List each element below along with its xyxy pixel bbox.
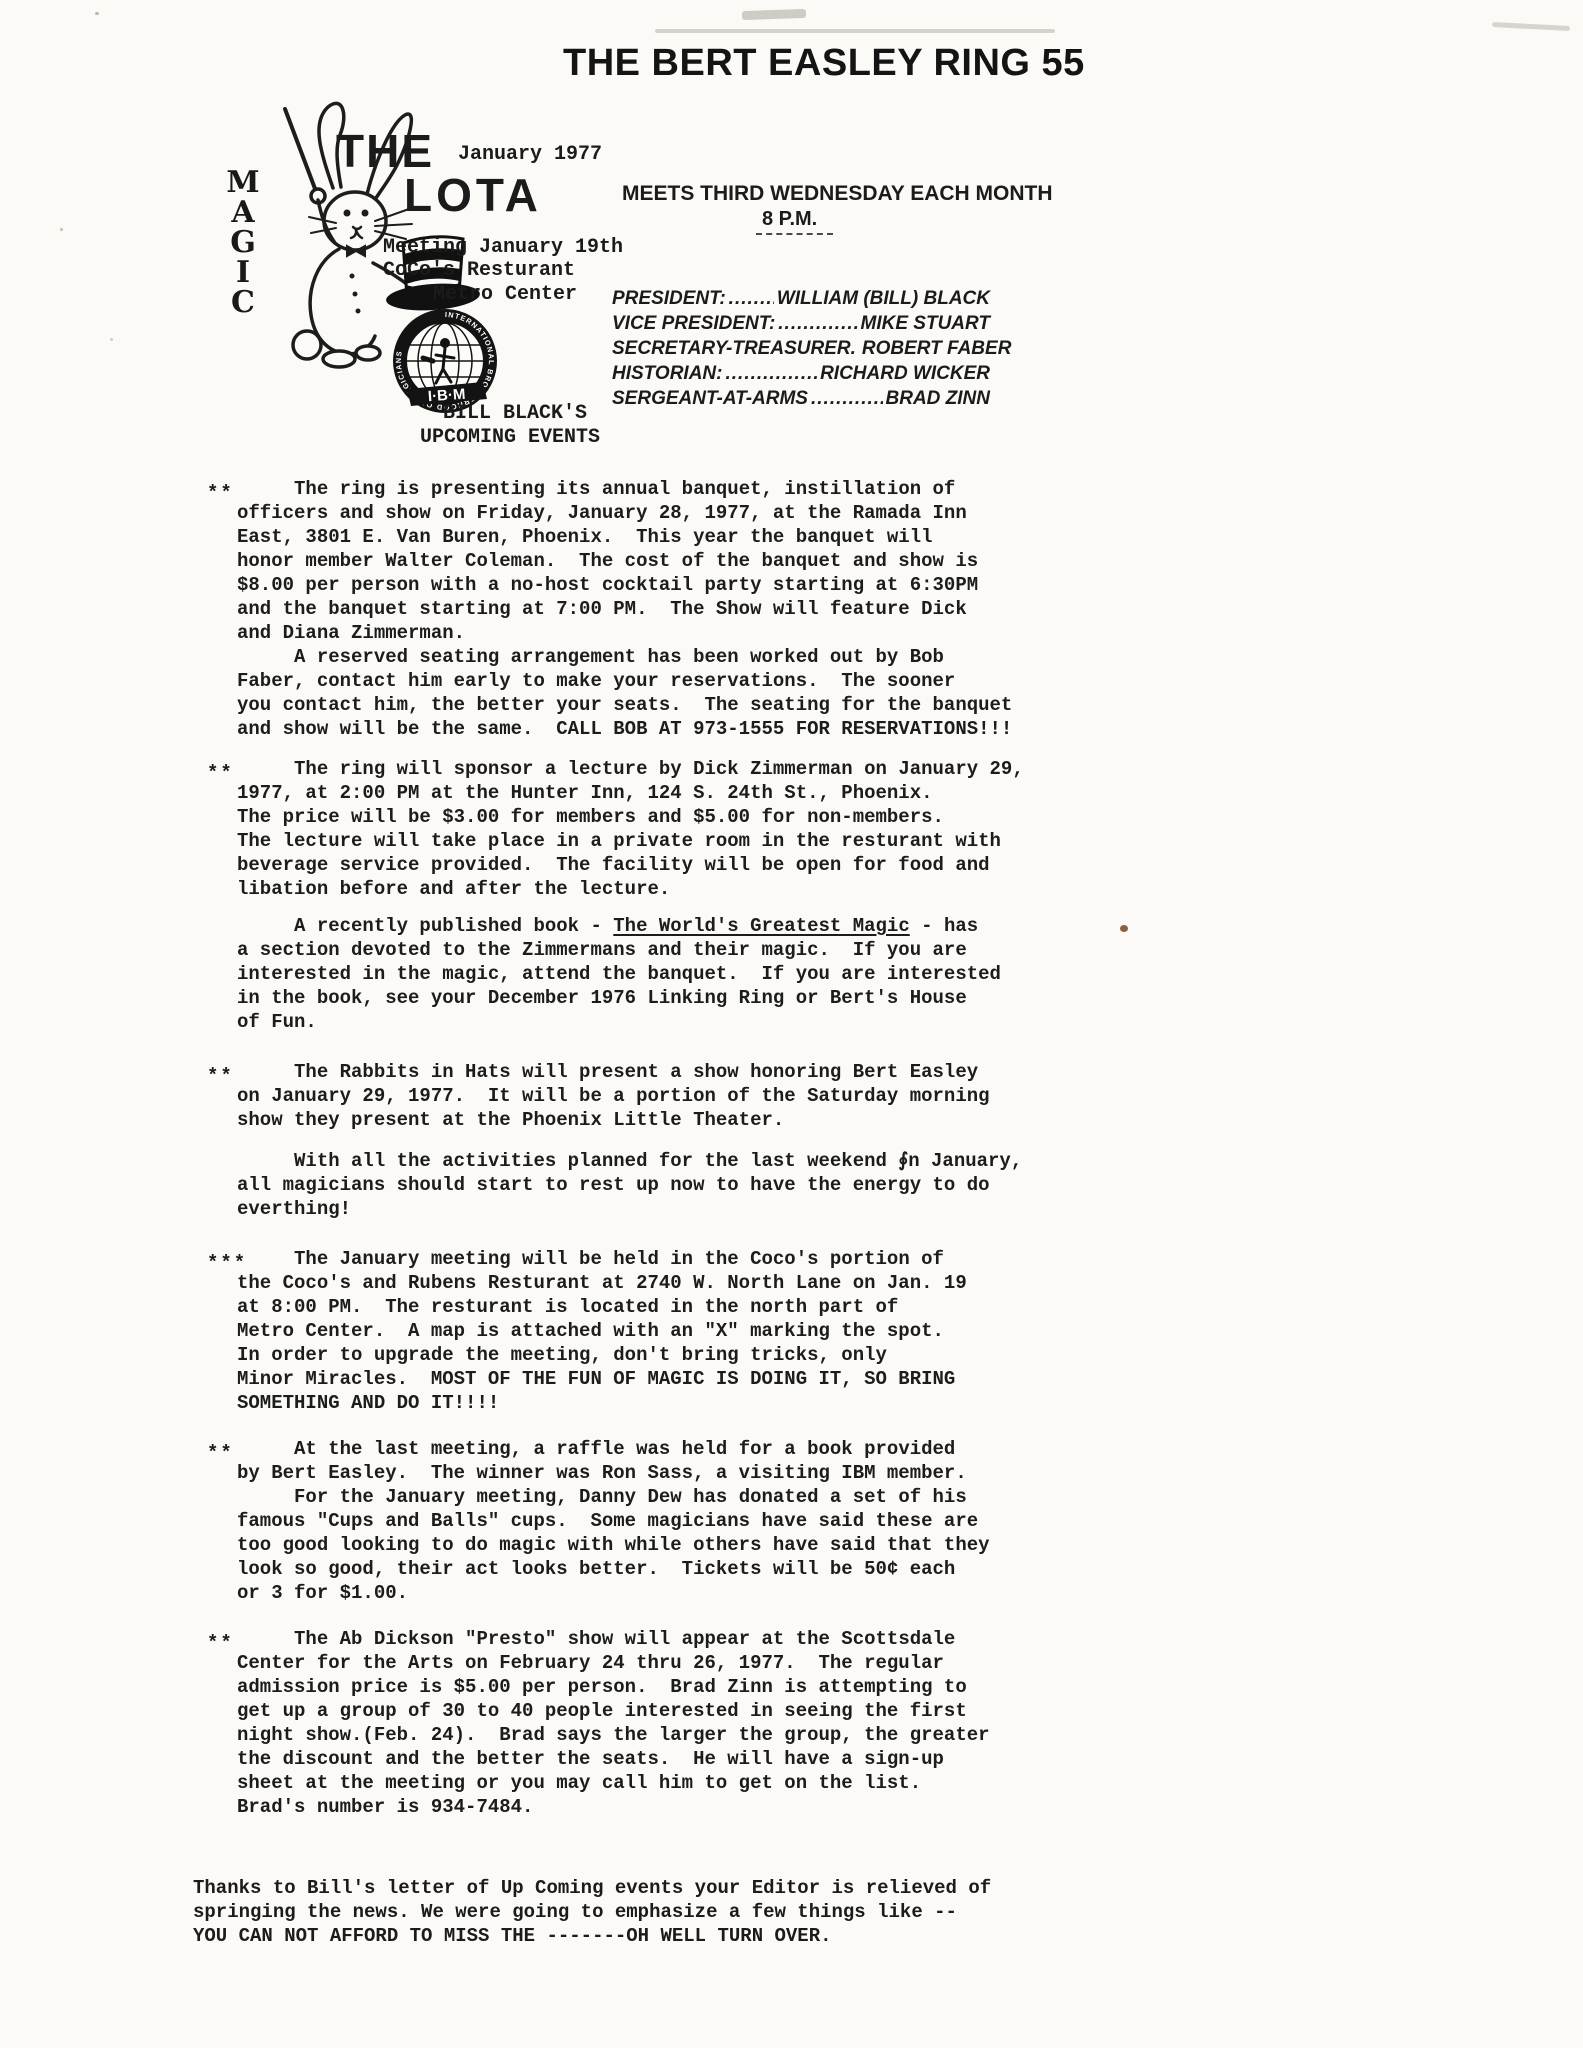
meeting-schedule: MEETS THIRD WEDNESDAY EACH MONTH — [622, 182, 1053, 206]
ibm-globe-emblem: INTERNATIONAL BROTHERHOOD OF MAGICIANS I… — [393, 309, 497, 413]
officer-title: VICE PRESIDENT: — [612, 311, 775, 336]
item-marker: ** — [207, 1064, 234, 1088]
scan-speck — [1120, 925, 1128, 932]
item-marker: ** — [207, 1631, 234, 1655]
news-item-rest-up: With all the activities planned for the … — [237, 1149, 1067, 1221]
item-text: The ring will sponsor a lecture by Dick … — [237, 757, 1067, 901]
officer-title: PRESIDENT: — [612, 286, 726, 311]
item-text: The January meeting will be held in the … — [237, 1247, 1067, 1415]
dot-leader — [729, 286, 774, 311]
officer-name: BRAD ZINN — [886, 386, 991, 411]
meeting-time: 8 P.M. — [756, 208, 833, 235]
dot-leader — [811, 386, 883, 411]
officer-row: VICE PRESIDENT: MIKE STUART — [612, 311, 990, 336]
officer-title: SECRETARY-TREASURER. — [612, 336, 856, 361]
scan-smudge — [742, 9, 806, 20]
item-marker: *** — [207, 1251, 247, 1275]
item-text: The Ab Dickson "Presto" show will appear… — [237, 1627, 1067, 1819]
news-item-rabbits-in-hats: ** The Rabbits in Hats will present a sh… — [237, 1060, 1067, 1132]
item-text: A recently published book - The World's … — [237, 914, 1067, 1034]
news-item-january-meeting: *** The January meeting will be held in … — [237, 1247, 1067, 1415]
news-item-lecture: ** The ring will sponsor a lecture by Di… — [237, 757, 1067, 901]
officer-name: RICHARD WICKER — [820, 361, 990, 386]
newsletter-page: THE BERT EASLEY RING 55 MAGIC — [0, 0, 1583, 2048]
masthead-lota: LOTA — [404, 172, 542, 218]
masthead-the: THE — [336, 128, 434, 174]
scan-smudge — [1492, 22, 1570, 31]
news-item-ab-dickson: ** The Ab Dickson "Presto" show will app… — [237, 1627, 1067, 1819]
news-item-banquet: ** The ring is presenting its annual ban… — [237, 477, 1067, 741]
scan-speck — [60, 228, 63, 231]
scan-speck — [95, 12, 99, 15]
officer-name: WILLIAM (BILL) BLACK — [777, 286, 990, 311]
meeting-venue-line2: Metro Center — [433, 283, 577, 306]
meeting-venue-line: CoCo's Resturant — [383, 259, 575, 282]
issue-date: January 1977 — [458, 143, 602, 166]
officer-title: HISTORIAN: — [612, 361, 722, 386]
meeting-date-line: Meeting January 19th — [383, 236, 623, 259]
item-text: At the last meeting, a raffle was held f… — [237, 1437, 1067, 1605]
item-marker: ** — [207, 481, 234, 505]
officer-name: ROBERT FABER — [862, 336, 1012, 361]
magic-wand-icon — [285, 109, 317, 194]
officer-row: HISTORIAN: RICHARD WICKER — [612, 361, 990, 386]
item-text: The Rabbits in Hats will present a show … — [237, 1060, 1067, 1132]
news-item-book: A recently published book - The World's … — [237, 914, 1067, 1034]
item-marker: ** — [207, 761, 234, 785]
officer-name: MIKE STUART — [861, 311, 990, 336]
scan-smudge — [655, 29, 1055, 33]
officer-row: SECRETARY-TREASURER. ROBERT FABER — [612, 336, 990, 361]
events-heading-line2: UPCOMING EVENTS — [420, 426, 600, 449]
events-heading-line1: BILL BLACK'S — [443, 402, 587, 425]
item-marker: ** — [207, 1441, 234, 1465]
dot-leader — [778, 311, 857, 336]
news-item-raffle: ** At the last meeting, a raffle was hel… — [237, 1437, 1067, 1605]
page-title: THE BERT EASLEY RING 55 — [563, 42, 1085, 85]
scan-speck — [110, 338, 113, 341]
item-text: The ring is presenting its annual banque… — [237, 477, 1067, 741]
officers-list: PRESIDENT: WILLIAM (BILL) BLACK VICE PRE… — [612, 286, 990, 411]
editor-note: Thanks to Bill's letter of Up Coming eve… — [193, 1876, 1093, 1948]
officer-title: SERGEANT-AT-ARMS — [612, 386, 808, 411]
officer-row: PRESIDENT: WILLIAM (BILL) BLACK — [612, 286, 990, 311]
item-text: With all the activities planned for the … — [237, 1149, 1067, 1221]
dot-leader — [725, 361, 817, 386]
officer-row: SERGEANT-AT-ARMS BRAD ZINN — [612, 386, 990, 411]
